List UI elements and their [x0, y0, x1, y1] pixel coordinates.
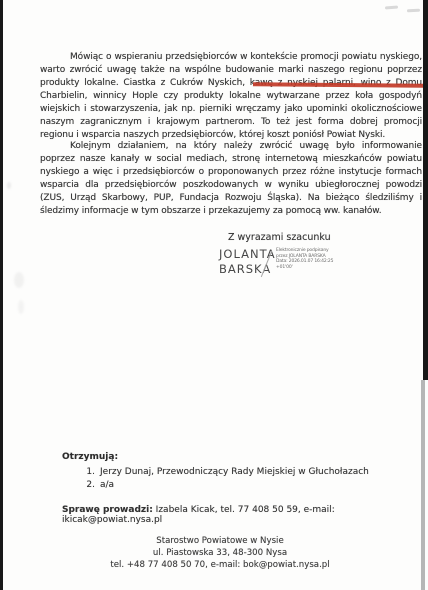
signer-name-line2: BARSKA: [219, 262, 276, 277]
recipients-list: 1. Jerzy Dunaj, Przewodniczący Rady Miej…: [83, 466, 369, 491]
footer-office-name: Starostwo Powiatowe w Nysie: [40, 535, 400, 547]
scan-smudge: [7, 182, 11, 189]
footer-contact: tel. +48 77 408 50 70, e-mail: bok@powia…: [40, 559, 400, 571]
recipient-item: 2. a/a: [83, 479, 369, 492]
scan-smudge: [14, 272, 24, 288]
recipient-text: Jerzy Dunaj, Przewodniczący Rady Miejski…: [100, 466, 369, 479]
footer-address: Starostwo Powiatowe w Nysie ul. Piastows…: [40, 535, 400, 571]
case-officer-line: Sprawę prowadzi: Izabela Kicak, tel. 77 …: [62, 505, 428, 525]
recipient-number: 1.: [83, 466, 95, 479]
scan-edge-left: [0, 0, 3, 590]
footer-street: ul. Piastowska 33, 48-300 Nysa: [40, 547, 400, 559]
paragraph-information: Kolejnym działaniem, na który należy zwr…: [40, 140, 422, 218]
digital-signature-stamp: Elektronicznie podpisany przez JOLANTA B…: [276, 247, 344, 270]
recipient-item: 1. Jerzy Dunaj, Przewodniczący Rady Miej…: [83, 466, 369, 479]
scan-mark: [385, 6, 398, 10]
stamp-line4: +01'00': [276, 264, 344, 270]
case-officer-label: Sprawę prowadzi:: [62, 505, 153, 515]
closing-phrase: Z wyrazami szacunku: [228, 232, 331, 243]
scanned-letter-page: Mówiąc o wspieraniu przedsiębiorców w ko…: [0, 0, 428, 590]
paragraph-promotion: Mówiąc o wspieraniu przedsiębiorców w ko…: [40, 51, 422, 142]
recipient-number: 2.: [83, 479, 95, 492]
scan-edge-right-dark: [423, 0, 428, 380]
scan-smudge: [18, 300, 24, 314]
recipient-text: a/a: [100, 479, 114, 492]
scan-mark: [407, 9, 420, 13]
scan-edge-right-gray: [421, 380, 425, 590]
recipients-heading: Otrzymują:: [62, 452, 118, 462]
